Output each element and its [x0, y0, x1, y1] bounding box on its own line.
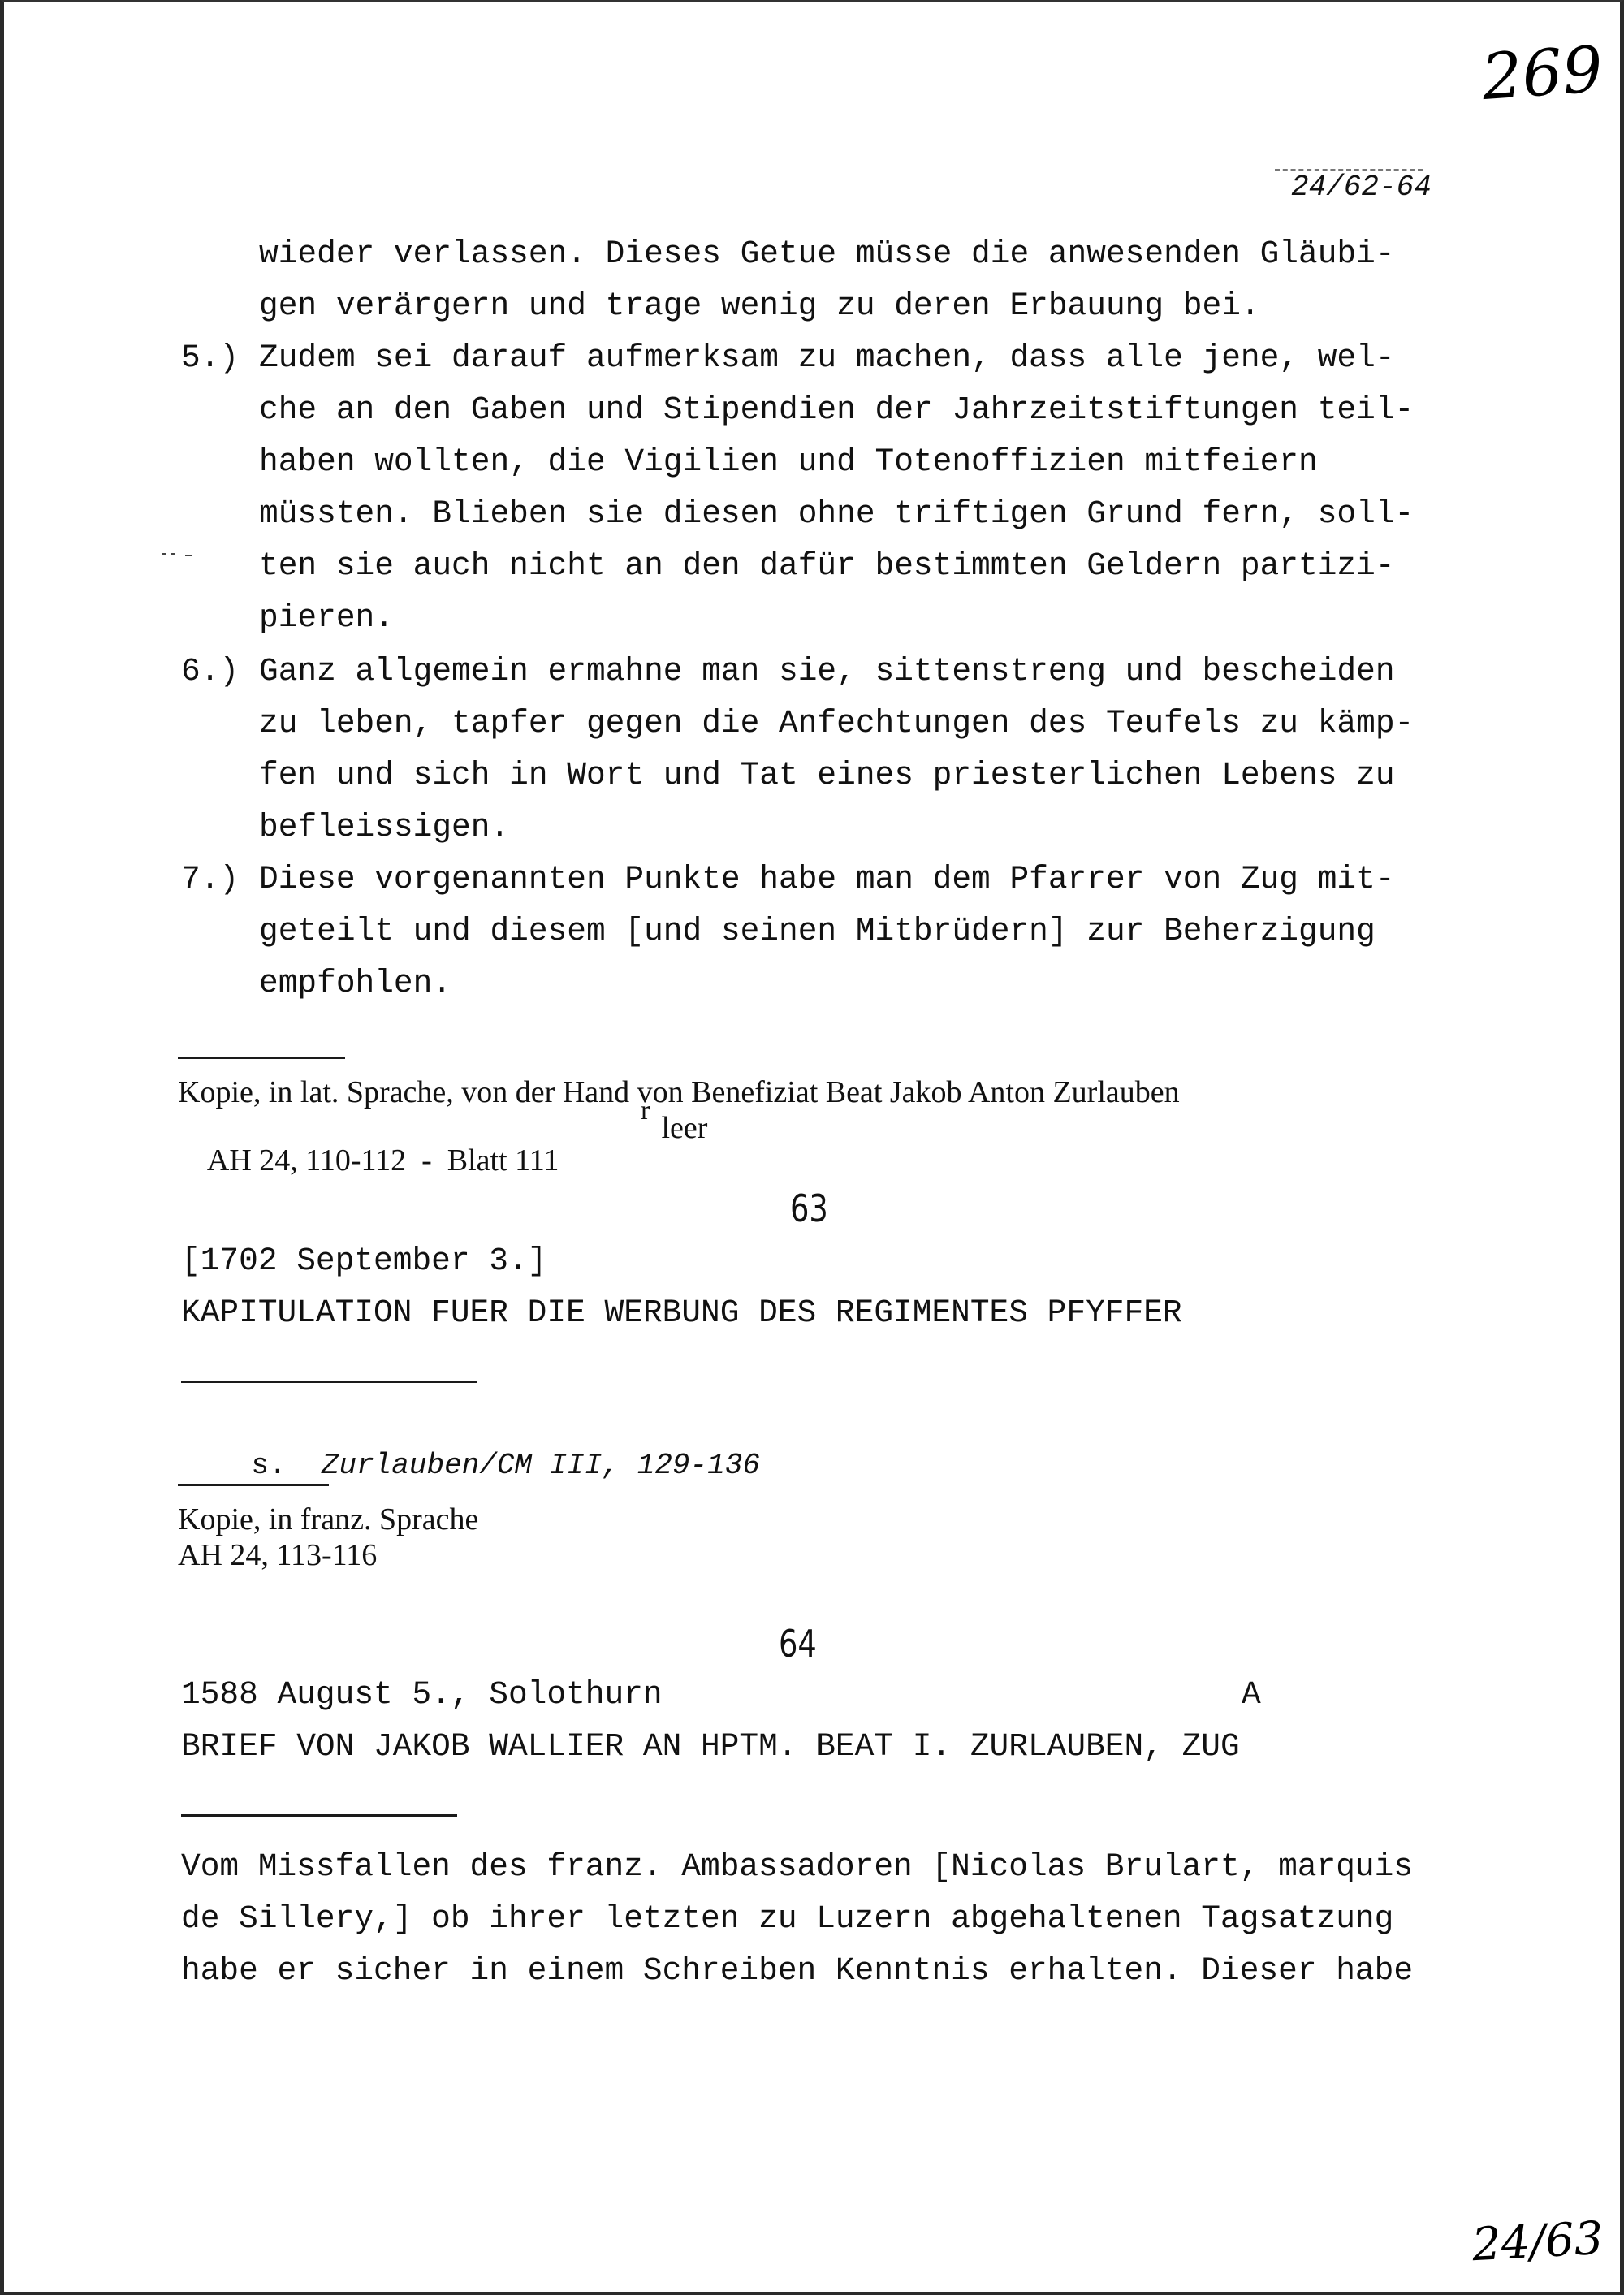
point-line: geteilt und diesem [und seinen Mitbrüder…: [259, 915, 1376, 948]
body-line: Vom Missfallen des franz. Ambassadoren […: [181, 1851, 1413, 1883]
scan-speck: [185, 555, 192, 556]
body-line: de Sillery,] ob ihrer letzten zu Luzern …: [181, 1903, 1393, 1935]
document-date: [1702 September 3.]: [181, 1245, 546, 1277]
source-note-line: AH 24, 113-116: [178, 1539, 377, 1571]
point-line: müssten. Blieben sie diesen ohne triftig…: [259, 498, 1414, 530]
continuation-line: wieder verlassen. Dieses Getue müsse die…: [259, 238, 1395, 270]
section-rule: [181, 1381, 477, 1383]
body-line: habe er sicher in einem Schreiben Kenntn…: [181, 1955, 1413, 1987]
point-line: Diese vorgenannten Punkte habe man dem P…: [259, 863, 1395, 896]
point-number: 6.): [181, 655, 239, 688]
document-date-place: 1588 August 5., Solothurn: [181, 1679, 663, 1711]
point-line: che an den Gaben und Stipendien der Jahr…: [259, 394, 1414, 426]
point-number: 7.): [181, 863, 239, 896]
reference-line: s. Zurlauben/CM III, 129-136: [181, 1417, 760, 1515]
reference-citation: Zurlauben/CM III, 129-136: [322, 1449, 760, 1482]
point-line: pieren.: [259, 602, 394, 634]
point-line: befleissigen.: [259, 811, 509, 844]
continuation-line: gen verärgern und trage wenig zu deren E…: [259, 290, 1260, 322]
footnote-rule: [178, 1484, 329, 1486]
section-rule: [181, 1814, 457, 1817]
document-number: 63: [790, 1190, 828, 1227]
handwritten-page-number: 269: [1479, 37, 1605, 110]
scan-speck: [171, 553, 175, 555]
source-note-text: leer: [654, 1112, 707, 1144]
source-note-line: Kopie, in lat. Sprache, von der Hand von…: [178, 1076, 1180, 1109]
point-line: Zudem sei darauf aufmerksam zu machen, d…: [259, 342, 1395, 374]
document-title: KAPITULATION FUER DIE WERBUNG DES REGIME…: [181, 1297, 1182, 1329]
footnote-rule: [178, 1057, 345, 1059]
point-line: fen und sich in Wort und Tat eines pries…: [259, 759, 1395, 792]
source-note-text: AH 24, 110-112 - Blatt 111: [207, 1143, 559, 1178]
point-line: haben wollten, die Vigilien und Totenoff…: [259, 446, 1318, 478]
source-note-line: Kopie, in franz. Sprache: [178, 1503, 478, 1536]
point-line: ten sie auch nicht an den dafür bestimmt…: [259, 550, 1395, 582]
document-title: BRIEF VON JAKOB WALLIER AN HPTM. BEAT I.…: [181, 1731, 1240, 1763]
folio-superscript: r: [641, 1097, 650, 1125]
point-line: Ganz allgemein ermahne man sie, sittenst…: [259, 655, 1395, 688]
point-line: empfohlen.: [259, 967, 451, 1000]
scan-speck: [162, 553, 166, 555]
handwritten-reference: 24/63: [1471, 2215, 1605, 2270]
document-number: 64: [779, 1625, 817, 1662]
point-number: 5.): [181, 342, 239, 374]
source-note-line: AH 24, 110-112 - Blatt 111: [178, 1112, 559, 1209]
document-marker: A: [1242, 1679, 1261, 1711]
point-line: zu leben, tapfer gegen die Anfechtungen …: [259, 707, 1414, 740]
archive-reference: 24/62-64: [1291, 171, 1432, 204]
document-page: 269 24/62-64 wieder verlassen. Dieses Ge…: [0, 0, 1624, 2295]
reference-prefix: s.: [251, 1449, 286, 1482]
